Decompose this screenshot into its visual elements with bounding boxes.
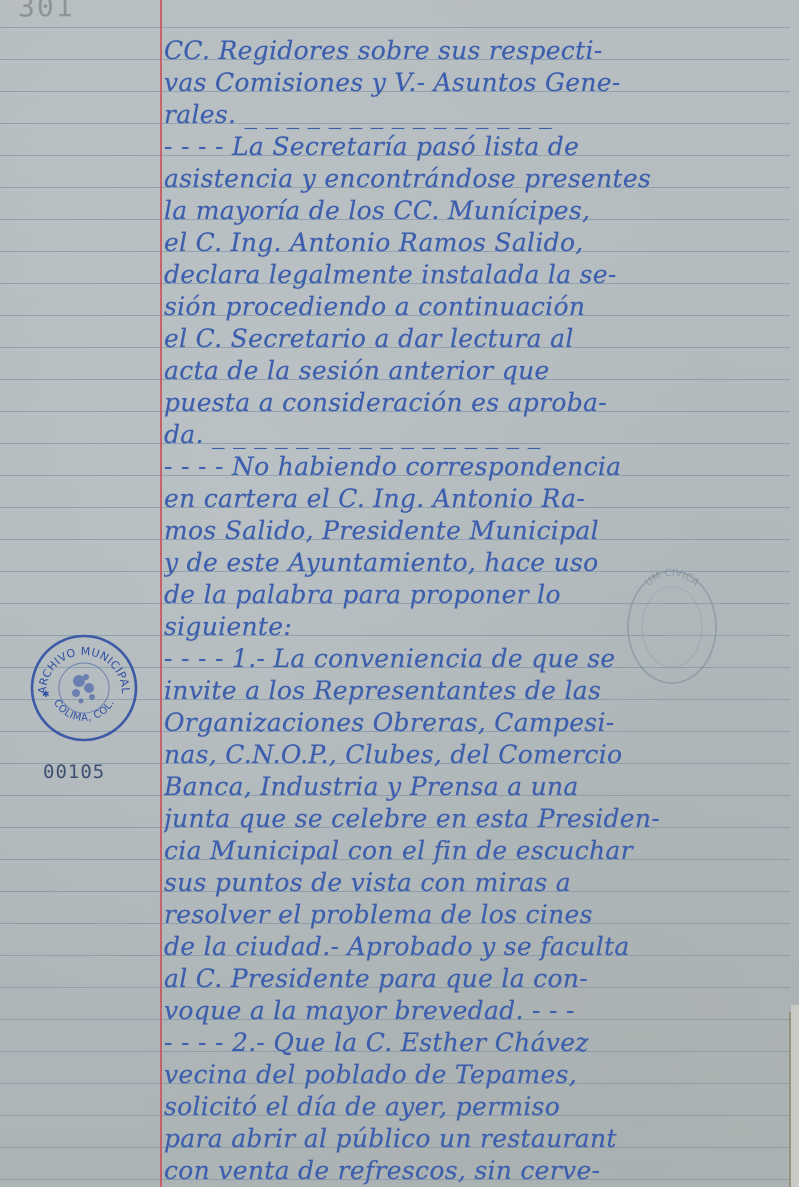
- svg-text:UM CIVICA: UM CIVICA: [643, 568, 701, 589]
- handwritten-line: rales. _ _ _ _ _ _ _ _ _ _ _ _ _ _ _: [164, 99, 794, 131]
- handwritten-line: - - - - 2.- Que la C. Esther Chávez: [164, 1027, 794, 1059]
- handwritten-line: sus puntos de vista con miras a: [164, 867, 794, 899]
- handwritten-line: en cartera el C. Ing. Antonio Ra-: [164, 483, 794, 515]
- handwritten-line: el C. Secretario a dar lectura al: [164, 323, 794, 355]
- handwritten-line: - - - - No habiendo correspondencia: [164, 451, 794, 483]
- handwritten-line: declara legalmente instalada la se-: [164, 259, 794, 291]
- handwritten-line: con venta de refrescos, sin cerve-: [164, 1155, 794, 1187]
- handwritten-line: puesta a consideración es aproba-: [164, 387, 794, 419]
- handwritten-line: cia Municipal con el fin de escuchar: [164, 835, 794, 867]
- archivo-municipal-stamp: ARCHIVO MUNICIPAL COLIMA, COL. ✱: [29, 633, 139, 743]
- handwritten-line: mos Salido, Presidente Municipal: [164, 515, 794, 547]
- faint-ghost-stamp: UM CIVICA: [618, 565, 723, 690]
- handwritten-line: acta de la sesión anterior que: [164, 355, 794, 387]
- handwritten-line: vas Comisiones y V.- Asuntos Gene-: [164, 67, 794, 99]
- handwritten-line: para abrir al público un restaurant: [164, 1123, 794, 1155]
- handwritten-line: nas, C.N.O.P., Clubes, del Comercio: [164, 739, 794, 771]
- handwritten-line: resolver el problema de los cines: [164, 899, 794, 931]
- svg-text:✱: ✱: [42, 690, 50, 700]
- handwritten-line: CC. Regidores sobre sus respecti-: [164, 35, 794, 67]
- ghost-seal-icon: UM CIVICA: [618, 565, 723, 690]
- svg-text:COLIMA, COL.: COLIMA, COL.: [51, 698, 117, 724]
- handwritten-line: junta que se celebre en esta Presiden-: [164, 803, 794, 835]
- handwritten-line: vecina del poblado de Tepames,: [164, 1059, 794, 1091]
- handwritten-line: asistencia y encontrándose presentes: [164, 163, 794, 195]
- handwritten-line: Organizaciones Obreras, Campesi-: [164, 707, 794, 739]
- handwritten-line: de la ciudad.- Aprobado y se faculta: [164, 931, 794, 963]
- handwritten-line: - - - - La Secretaría pasó lista de: [164, 131, 794, 163]
- handwritten-line: la mayoría de los CC. Munícipes,: [164, 195, 794, 227]
- stamp-seal-icon: ARCHIVO MUNICIPAL COLIMA, COL. ✱: [29, 633, 139, 743]
- handwritten-line: da. _ _ _ _ _ _ _ _ _ _ _ _ _ _ _ _: [164, 419, 794, 451]
- handwritten-line: al C. Presidente para que la con-: [164, 963, 794, 995]
- handwritten-line: voque a la mayor brevedad. - - -: [164, 995, 794, 1027]
- handwritten-line: solicitó el día de ayer, permiso: [164, 1091, 794, 1123]
- archive-number: 00105: [43, 761, 105, 783]
- handwritten-line: el C. Ing. Antonio Ramos Salido,: [164, 227, 794, 259]
- document-page: 301 CC. Regidores sobre sus respecti-vas…: [0, 0, 799, 1187]
- red-margin-line: [160, 0, 162, 1187]
- corner-page-number: 301: [18, 0, 75, 23]
- svg-text:ARCHIVO MUNICIPAL: ARCHIVO MUNICIPAL: [36, 645, 132, 695]
- handwritten-line: sión procediendo a continuación: [164, 291, 794, 323]
- handwritten-line: Banca, Industria y Prensa a una: [164, 771, 794, 803]
